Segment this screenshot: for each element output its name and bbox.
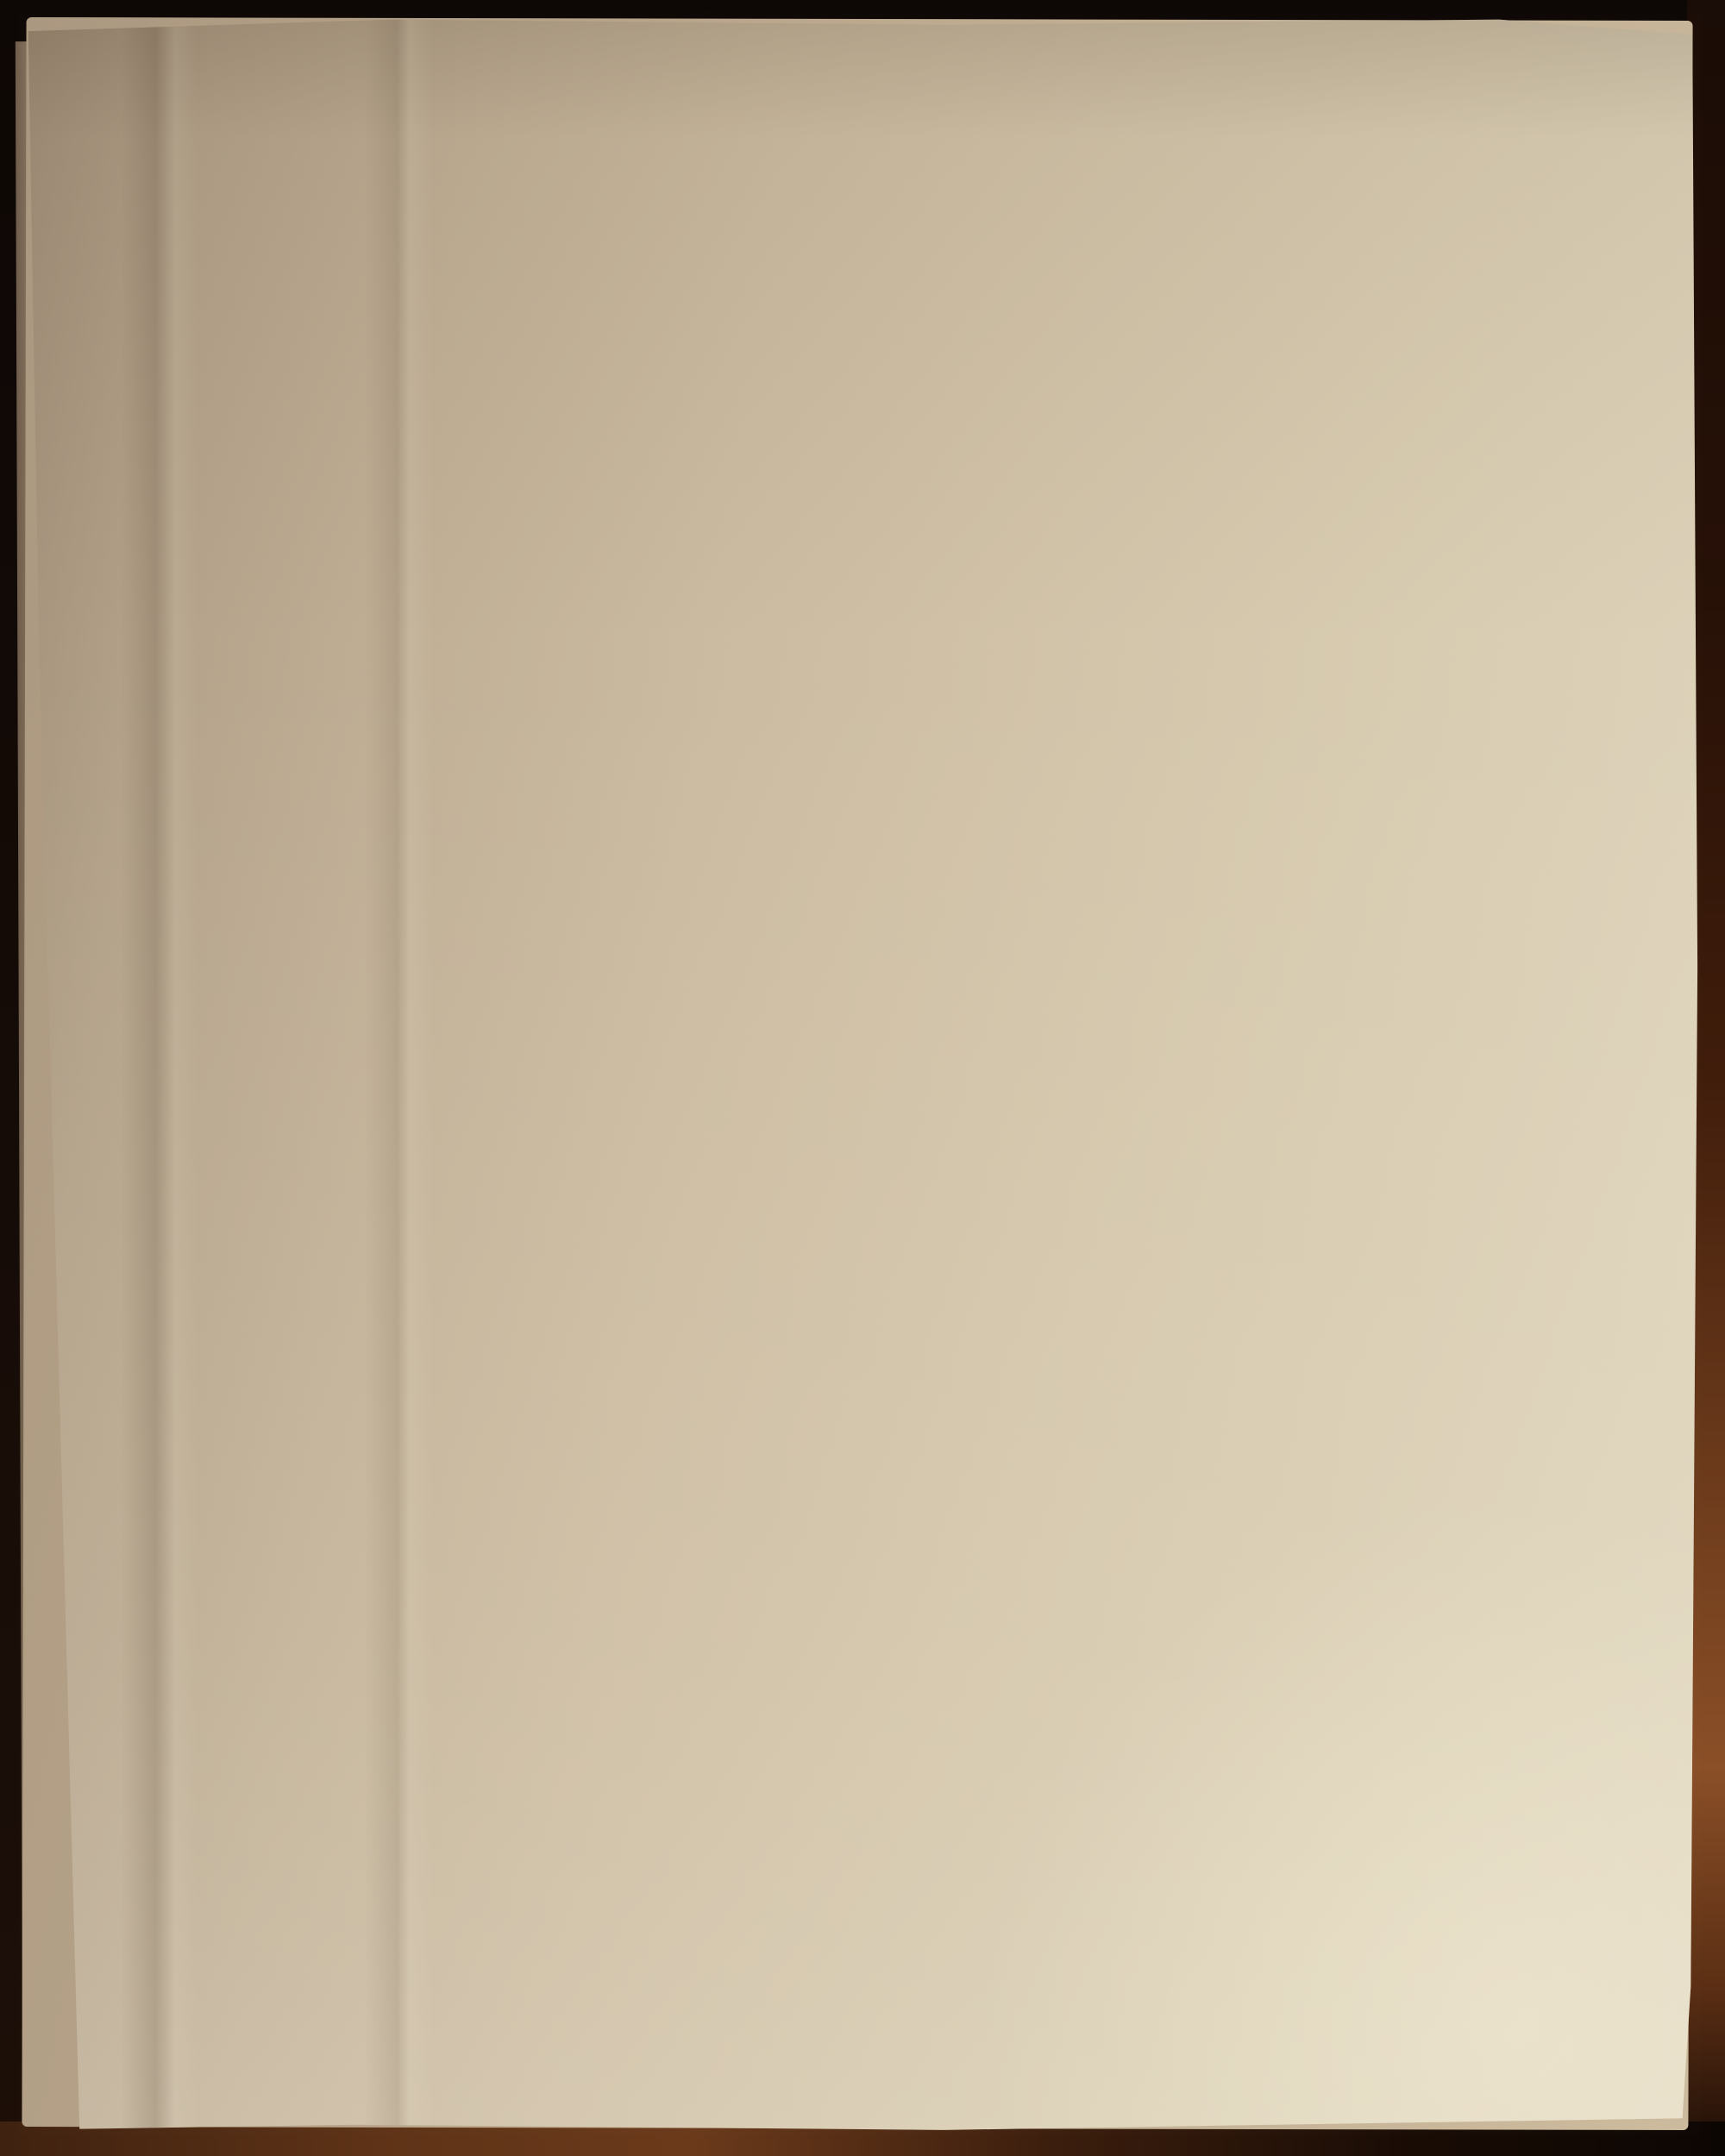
- photographed-typescript-page: [0, 0, 1725, 2156]
- typewritten-page: [19, 12, 1701, 2135]
- paper-crease-left: [121, 12, 198, 2135]
- paper-corner-highlight: [925, 1359, 1701, 2135]
- paper-crease-center-left: [364, 12, 433, 2135]
